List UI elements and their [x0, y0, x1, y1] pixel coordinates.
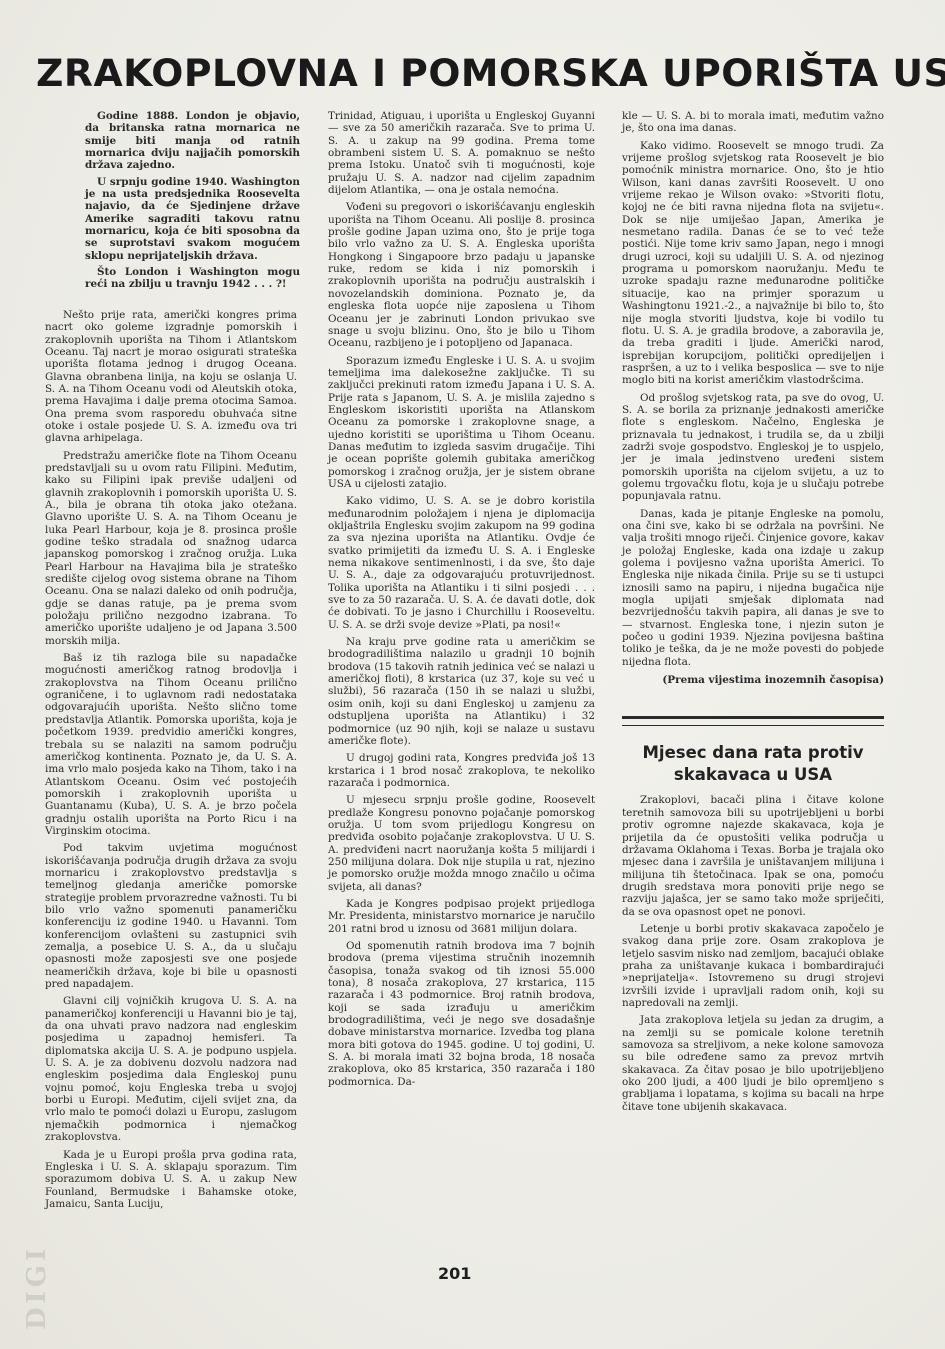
sidebar-paragraph: Letenje u borbi protiv skakavaca započel…: [622, 923, 884, 1009]
watermark: DIGI: [22, 1245, 52, 1330]
lead-paragraph: Što London i Washington mogu reći na zbi…: [85, 266, 300, 291]
article-source: (Prema vijestima inozemnih časopisa): [622, 674, 884, 686]
body-paragraph: Kada je Kongres podpisao projekt prijedl…: [328, 898, 595, 935]
sidebar-article-title: Mjesec dana rata protiv skakavaca u USA: [622, 742, 884, 786]
column-3: kle — U. S. A. bi to morala imati, međut…: [622, 110, 884, 1118]
body-paragraph: Od prošlog svjetskog rata, pa sve do ovo…: [622, 392, 884, 503]
body-paragraph: Danas, kada je pitanje Engleske na pomol…: [622, 508, 884, 668]
column-2: Trinidad, Atiguau, i uporišta u Englesko…: [328, 110, 595, 1093]
lead-paragraph: Godine 1888. London je objavio, da brita…: [85, 110, 300, 172]
body-paragraph: Od spomenutih ratnih brodova ima 7 bojni…: [328, 940, 595, 1088]
body-paragraph: Na kraju prve godine rata u američkim se…: [328, 636, 595, 747]
lead-paragraph: U srpnju godine 1940. Washington je na u…: [85, 176, 300, 262]
body-paragraph: U mjesecu srpnju prošle godine, Roosevel…: [328, 794, 595, 893]
article-lead: Godine 1888. London je objavio, da brita…: [85, 110, 300, 291]
body-paragraph: Kako vidimo. Roosevelt se mnogo trudi. Z…: [622, 140, 884, 387]
body-paragraph: Kako vidimo, U. S. A. se je dobro korist…: [328, 495, 595, 631]
body-paragraph: Vođeni su pregovori o iskorišćavanju eng…: [328, 201, 595, 349]
article-title: ZRAKOPLOVNA I POMORSKA UPORIŠTA USA: [36, 52, 913, 95]
body-paragraph: Trinidad, Atiguau, i uporišta u Englesko…: [328, 110, 595, 196]
body-paragraph: Nešto prije rata, američki kongres prima…: [45, 309, 297, 445]
body-paragraph: Glavni cilj vojničkih krugova U. S. A. n…: [45, 995, 297, 1143]
section-divider: [622, 716, 884, 726]
page-number: 201: [438, 1264, 471, 1283]
body-paragraph: Baš iz tih razloga bile su napadačke mog…: [45, 652, 297, 837]
body-paragraph: Sporazum između Engleske i U. S. A. u sv…: [328, 355, 595, 491]
magazine-page: ZRAKOPLOVNA I POMORSKA UPORIŠTA USA Godi…: [0, 0, 945, 1349]
column-1: Godine 1888. London je objavio, da brita…: [45, 110, 297, 1215]
body-paragraph: kle — U. S. A. bi to morala imati, međut…: [622, 110, 884, 135]
body-paragraph: U drugoj godini rata, Kongres predviđa j…: [328, 752, 595, 789]
body-paragraph: Kada je u Europi prošla prva godina rata…: [45, 1149, 297, 1211]
sidebar-paragraph: Zrakoplovi, bacači plina i čitave kolone…: [622, 794, 884, 917]
sidebar-paragraph: Jata zrakoplova letjela su jedan za drug…: [622, 1014, 884, 1113]
body-paragraph: Predstražu američke flote na Tihom Ocean…: [45, 450, 297, 648]
body-paragraph: Pod takvim uvjetima mogućnost iskorišćav…: [45, 842, 297, 990]
